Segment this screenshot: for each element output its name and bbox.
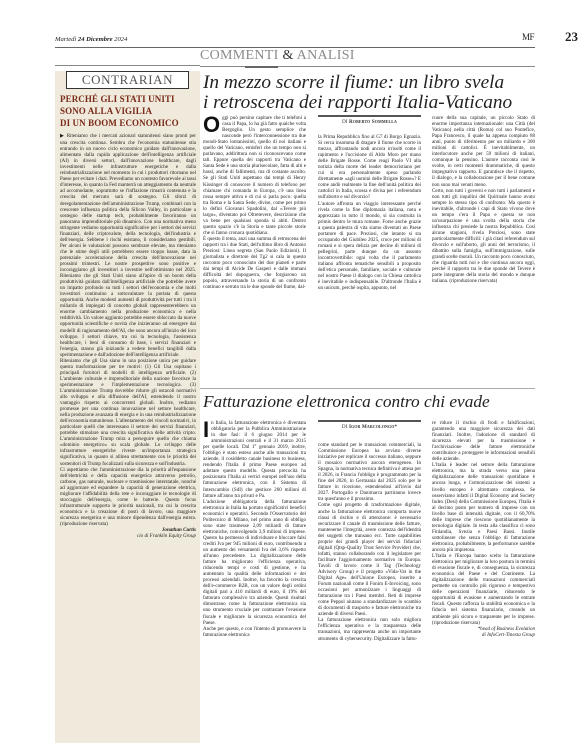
article-divider: [200, 388, 535, 389]
date-day-month: 24 Dicembre: [78, 36, 113, 43]
byline: DI Roberto Sommella: [318, 119, 421, 125]
headline-line: i retroscena dei rapporti Italia-Vatican…: [203, 93, 535, 113]
paragraph: In Italia, la fatturazione elettronica è…: [203, 420, 306, 499]
paragraph: Oggi può persino capitare che ti telefon…: [203, 115, 306, 236]
arrow-marker-icon: ▶: [60, 134, 65, 139]
paragraph-text: Riteniamo che i mercati azionari statuni…: [60, 133, 196, 358]
byline-rule: [318, 420, 421, 422]
headline-line: DI UN BOOM ECONOMICO: [60, 117, 196, 129]
drop-cap: I: [203, 421, 209, 439]
paragraph: Ci aspettiamo che l'amministrazione dia …: [60, 467, 196, 527]
page-header: Martedì 24 Dicembre 2024 MF 23: [55, 36, 535, 48]
article-column: DI Igor Marcolongo* come standard per le…: [318, 420, 421, 642]
contrarian-headline: PERCHÉ GLI STATI UNITI SONO ALLA VIGILIA…: [60, 93, 196, 129]
date-year: 2024: [114, 36, 127, 43]
paragraph: ▶ Riteniamo che i mercati azionari statu…: [60, 133, 196, 358]
article-column: In Italia, la fatturazione elettronica è…: [203, 420, 306, 638]
byline-block: DI Igor Marcolongo*: [318, 420, 421, 442]
section-title-amp: &: [282, 48, 293, 63]
issue-date: Martedì 24 Dicembre 2024: [55, 36, 127, 43]
byline-prefix: DI: [342, 119, 348, 125]
article-headline: In mezzo scorre il fiume: un libro svela…: [203, 73, 535, 113]
divider: [55, 65, 200, 66]
paragraph-text: n Italia, la fatturazione elettronica è …: [203, 420, 306, 499]
paragraph: L'adozione obbligatoria della fatturazio…: [203, 499, 306, 626]
contrarian-column: CONTRARIAN PERCHÉ GLI STATI UNITI SONO A…: [55, 71, 200, 743]
newspaper-page: Martedì 24 Dicembre 2024 MF 23 COMMENTI …: [0, 0, 580, 751]
paragraph: È questo il tema, anzi una summa di retr…: [203, 236, 306, 290]
section-title-right: ANALISI: [297, 48, 355, 63]
paragraph: La fatturazione elettronica non solo mig…: [318, 617, 421, 641]
byline-block: DI Roberto Sommella: [318, 115, 421, 134]
paragraph: come standard per le transazioni commerc…: [318, 442, 421, 502]
paragraph: Certo, non tutti i governi e non tutti i…: [432, 188, 535, 285]
headline-line: SONO ALLA VIGILIA: [60, 105, 196, 117]
article-column: cuore della sua capitale, un piccolo Sta…: [432, 115, 535, 284]
author-footnote: di InfoCert-Tinexta Group: [432, 632, 535, 638]
headline-line: In mezzo scorre il fiume: un libro svela: [203, 73, 535, 93]
paragraph: L'Italia è leader nel settore della fatt…: [432, 462, 535, 553]
author-role: cio di Franklin Equity Group: [60, 533, 196, 539]
section-underline: [245, 66, 278, 68]
paragraph: L'autore affronta un viaggio interessant…: [318, 201, 421, 292]
article-column: re riduce il rischio di frodi e falsific…: [432, 420, 535, 638]
contrarian-body: ▶ Riteniamo che i mercati azionari statu…: [60, 133, 196, 539]
byline-rule: [318, 115, 421, 117]
paragraph: cuore della sua capitale, un piccolo Sta…: [432, 115, 535, 188]
drop-cap: O: [203, 116, 220, 134]
publication-logo: MF: [522, 32, 534, 42]
article-headline: Fatturazione elettronica contro chi evad…: [203, 392, 538, 412]
article-column: DI Roberto Sommella la Prima Repubblica …: [318, 115, 421, 291]
paragraph: Riteniamo che gli Usa siano in una posiz…: [60, 358, 196, 467]
date-weekday: Martedì: [55, 36, 76, 43]
paragraph: la Prima Repubblica fino al G7 di Borgo …: [318, 134, 421, 201]
section-title: COMMENTI & ANALISI: [200, 48, 355, 64]
headline-line: PERCHÉ GLI STATI UNITI: [60, 93, 196, 105]
byline-prefix: DI: [342, 424, 348, 430]
section-title-left: COMMENTI: [200, 48, 279, 63]
paragraph: Come ogni progetto di trasformazione dig…: [318, 502, 421, 617]
article-column: Oggi può persino capitare che ti telefon…: [203, 115, 306, 290]
paragraph: re riduce il rischio di frodi e falsific…: [432, 420, 535, 462]
paragraph: L'Italia e l'Europa hanno scelto la fatt…: [432, 553, 535, 626]
section-header: COMMENTI & ANALISI: [200, 48, 535, 67]
byline: DI Igor Marcolongo*: [318, 424, 421, 430]
page-number: 23: [565, 29, 578, 45]
paragraph: Anche per questo, e con l'intento di pro…: [203, 626, 306, 638]
column-label: CONTRARIAN: [66, 71, 189, 89]
author-name: Igor Marcolongo*: [349, 424, 397, 430]
author-name: Roberto Sommella: [349, 119, 397, 125]
